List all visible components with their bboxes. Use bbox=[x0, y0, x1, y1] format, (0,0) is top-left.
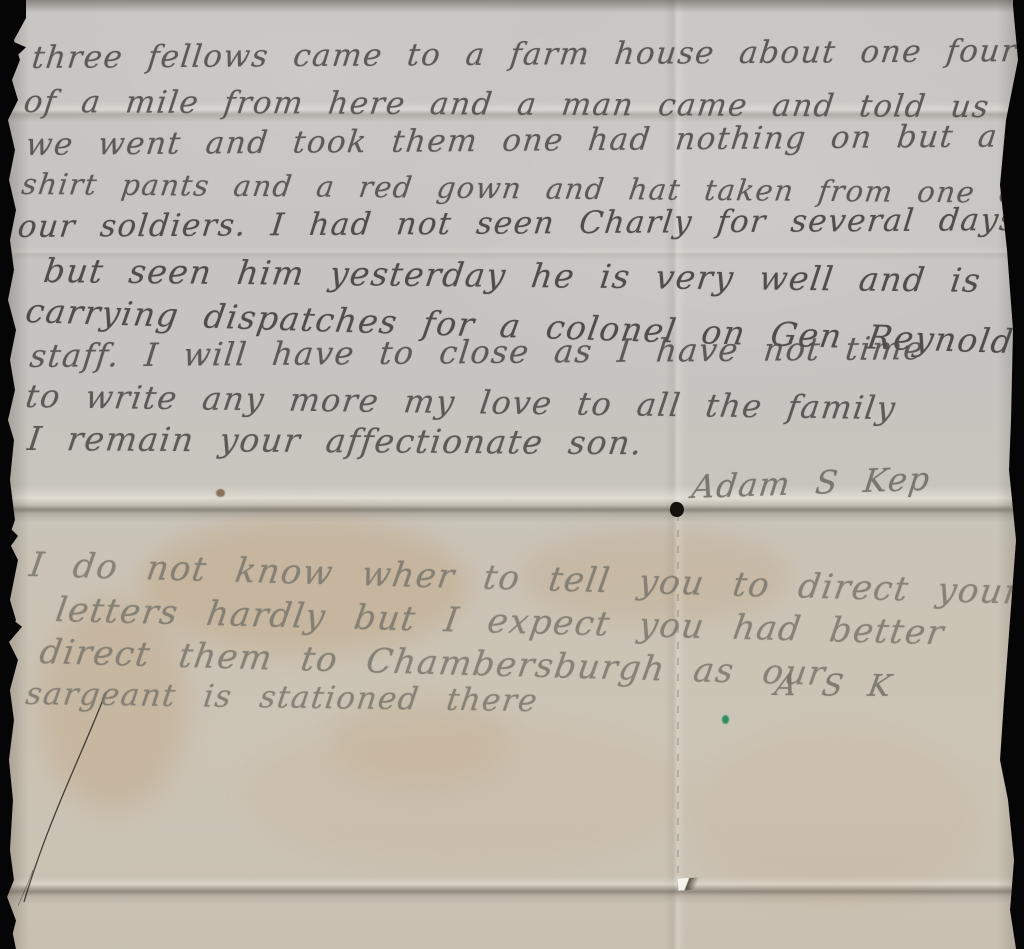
letter-line: three fellows came to a farm house about… bbox=[30, 33, 1024, 76]
dark-speck bbox=[216, 489, 225, 497]
torn-edge-notch bbox=[998, 168, 1024, 204]
postscript-line: sargeant is stationed there bbox=[24, 676, 541, 719]
paper-sheet: three fellows came to a farm house about… bbox=[0, 0, 1024, 949]
horizontal-fold-bottom bbox=[0, 876, 1024, 904]
top-edge-shadow bbox=[0, 0, 1024, 14]
letter-line: our soldiers. I had not seen Charly for … bbox=[16, 202, 1019, 245]
right-edge-shadow bbox=[994, 0, 1024, 949]
postscript-initials: A S K bbox=[772, 668, 895, 704]
stain-bottom-right bbox=[700, 735, 970, 905]
letter-line: we went and took them one had nothing on… bbox=[24, 118, 1000, 163]
letter-line: staff. I will have to close as I have no… bbox=[28, 329, 926, 375]
fold-intersection-hole bbox=[669, 501, 686, 519]
stain-bottom-center bbox=[250, 725, 680, 860]
letter-line: but seen him yesterday he is very well a… bbox=[41, 251, 983, 300]
letter-line: I remain your affectionate son. bbox=[25, 419, 645, 462]
green-ink-mark bbox=[722, 715, 729, 724]
letter-scan: three fellows came to a farm house about… bbox=[0, 0, 1024, 949]
signature: Adam S Kep bbox=[690, 460, 933, 507]
bottom-fold-notch bbox=[678, 877, 701, 891]
